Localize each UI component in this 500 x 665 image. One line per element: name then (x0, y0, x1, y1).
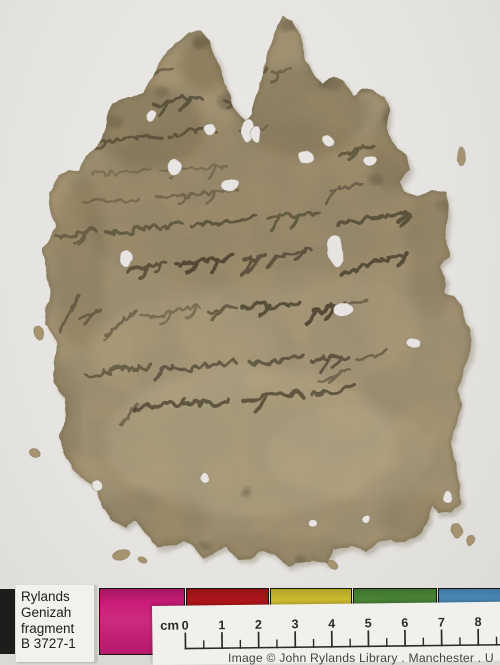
svg-text:3: 3 (291, 617, 298, 631)
svg-text:2: 2 (255, 618, 262, 632)
copyright-caption: Image © John Rylands Library . Mancheste… (228, 651, 500, 665)
manuscript-fragment (0, 0, 500, 665)
svg-text:6: 6 (401, 616, 408, 630)
label-line: Genizah (21, 605, 94, 621)
svg-text:0: 0 (182, 619, 189, 633)
svg-text:1: 1 (218, 618, 225, 632)
svg-text:4: 4 (328, 617, 335, 631)
label-line: Rylands (21, 589, 94, 605)
svg-text:7: 7 (438, 615, 445, 629)
color-patch-black (0, 589, 15, 654)
svg-text:5: 5 (365, 616, 372, 630)
photo: Rylands Genizah fragment B 3727-1 cm0123… (0, 0, 500, 665)
label-shelfmark: B 3727-1 (21, 636, 94, 652)
label-line: fragment (21, 621, 94, 637)
svg-text:8: 8 (474, 615, 481, 629)
reference-label-card: Rylands Genizah fragment B 3727-1 (16, 585, 96, 662)
svg-text:cm: cm (160, 618, 179, 633)
